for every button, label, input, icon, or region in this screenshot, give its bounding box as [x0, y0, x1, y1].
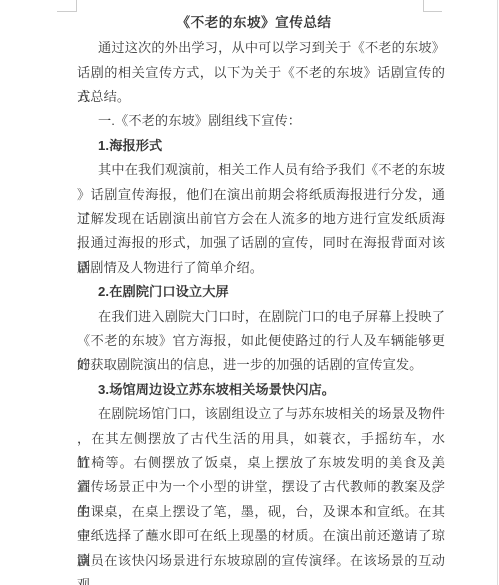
doc-line: 在剧院场馆门口，该剧组设立了与苏东坡相关的场景及物件	[77, 402, 445, 426]
doc-line: 宣纸选择了蘸水即可在纸上现墨的材质。在演出前还邀请了琼剧	[77, 524, 445, 548]
subsection-heading: 2.在剧院门口设立大屏	[77, 280, 445, 304]
doc-line: 《不老的东坡》官方海报，如此便使路过的行人及车辆能够更好	[77, 329, 445, 353]
subsection-heading: 3.场馆周边设立苏东坡相关场景快闪店。	[77, 378, 445, 402]
doc-line: 》话剧宣传海报，他们在演出前期会将纸质海报进行分发，通过	[77, 183, 445, 207]
section-heading: 一.《不老的东坡》剧组线下宣传：	[77, 109, 445, 133]
page-edge-line	[497, 0, 498, 585]
doc-line: 宣传场景正中为一个小型的讲堂，摆设了古代教师的教案及学生	[77, 475, 445, 499]
doc-line: 在我们进入剧院大门口时，在剧院门口的电子屏幕上投映了	[77, 305, 445, 329]
doc-line: 竹椅等。右侧摆放了饭桌，桌上摆放了东坡发明的美食及美酒。	[77, 451, 445, 475]
document-page: 《不老的东坡》宣传总结 通过这次的外出学习，从中可以学习到关于《不老的东坡》 话…	[0, 0, 499, 585]
doc-line: 剧剧情及人物进行了简单介绍。	[77, 256, 445, 280]
document-body: 《不老的东坡》宣传总结 通过这次的外出学习，从中可以学习到关于《不老的东坡》 话…	[77, 0, 445, 573]
doc-line: ，在其左侧摆放了古代生活的用具，如蓑衣，手摇纺车，水缸，	[77, 427, 445, 451]
doc-line: 其中在我们观演前，相关工作人员有给予我们《不老的东坡	[77, 158, 445, 182]
doc-title: 《不老的东坡》宣传总结	[63, 0, 445, 36]
doc-line: 式总结。	[77, 85, 445, 109]
doc-line: 通过这次的外出学习，从中可以学习到关于《不老的东坡》	[77, 36, 445, 60]
doc-line: 演员在该快闪场景进行东坡琼剧的宣传演绎。在该场景的互动观	[77, 549, 445, 573]
doc-line: 的获取剧院演出的信息，进一步的加强的话剧的宣传宣发。	[77, 353, 445, 377]
doc-line: 话剧的相关宣传方式，以下为关于《不老的东坡》话剧宣传的方	[77, 61, 445, 85]
doc-line: 的课桌，在桌上摆设了笔，墨，砚，台，及课本和宣纸。在其中	[77, 500, 445, 524]
doc-line: 了解发现在话剧演出前官方会在人流多的地方进行宣发纸质海报	[77, 207, 445, 231]
subsection-heading: 1.海报形式	[77, 134, 445, 158]
doc-line: ，通过海报的形式，加强了话剧的宣传，同时在海报背面对该话	[77, 231, 445, 255]
